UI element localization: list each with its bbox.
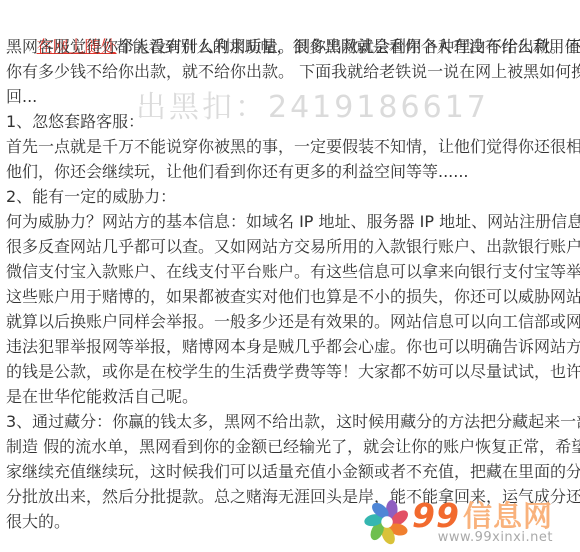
text-line: 的钱是公款，或你是在校学生的生活费学费等等！大家都不妨可以尽量试试，也许你 [6, 359, 576, 384]
text-line: 这些账户用于赌博的，如果都被查实对他们也算是不小的损失，你还可以威胁网站方 [6, 284, 576, 309]
text-line: 家继续充值继续玩，这时候我们可以适量充值小金额或者不充值，把藏在里面的分， [6, 459, 576, 484]
text-line-first: 在网上随处都能看到别人的求助帖，很多黑网就是看你个人有没有什么利用值，如果 [6, 9, 576, 34]
text-line: 微信支付宝入款账户、在线支付平台账户。有这些信息可以拿来向银行支付宝等举报 [6, 259, 576, 284]
text-line: 黑网客服觉得你个人没有什么利用质量。到你出款就会利用各种理由不给出款。不管 [6, 34, 576, 59]
logo-brand-name: 信息网 [463, 499, 553, 533]
text-line: 3、通过藏分：你赢的钱太多，黑网不给出款，这时候用藏分的方法把分藏起来一部分， [6, 409, 576, 434]
text-line: 违法犯罪举报网等举报，赌博网本身是贼几乎都会心虚。你也可以明确告诉网站方你 [6, 334, 576, 359]
logo-text-block: 99 信息网 www.99xinxi.net [412, 499, 553, 545]
text-line: 2、能有一定的威胁力： [6, 184, 576, 209]
text-line: 你有多少钱不给你出款，就不给你出款。 下面我就给老铁说一说在网上被黑如何挽 [6, 59, 576, 84]
text-line: 1、忽悠套路客服： [6, 109, 576, 134]
text-line: 就算以后换账户同样会举报。一般多少还是有效果的。网站信息可以向工信部或网络 [6, 309, 576, 334]
text-line: 很多反查网站几乎都可以查。又如网站方交易所用的入款银行账户、出款银行账户、 [6, 234, 576, 259]
logo-brand-number: 99 [412, 499, 460, 533]
site-logo-watermark: 99 信息网 www.99xinxi.net [364, 499, 553, 545]
text-line: 是在世华佗能救活自己呢。 [6, 384, 576, 409]
pinwheel-icon [364, 499, 410, 545]
text-line: 何为威胁力？网站方的基本信息：如域名 IP 地址、服务器 IP 地址、网站注册信… [6, 209, 576, 234]
article-page: 出黑扣：2419186617 在网上随处都能看到别人的求助帖，很多黑网就是看你个… [0, 0, 580, 552]
text-line: 他们，你还会继续玩，让他们看到你还有更多的利益空间等等...... [6, 159, 576, 184]
article-body: 在网上随处都能看到别人的求助帖，很多黑网就是看你个人有没有什么利用值，如果 黑网… [6, 9, 576, 534]
text-line: 首先一点就是千万不能说穿你被黑的事，一定要假装不知情，让他们觉得你还很相信 [6, 134, 576, 159]
text-line: 回... [6, 84, 576, 109]
text-lines: 黑网客服觉得你个人没有什么利用质量。到你出款就会利用各种理由不给出款。不管你有多… [6, 34, 576, 534]
text-line: 制造 假的流水单，黑网看到你的金额已经输光了，就会让你的账户恢复正常，希望大 [6, 434, 576, 459]
